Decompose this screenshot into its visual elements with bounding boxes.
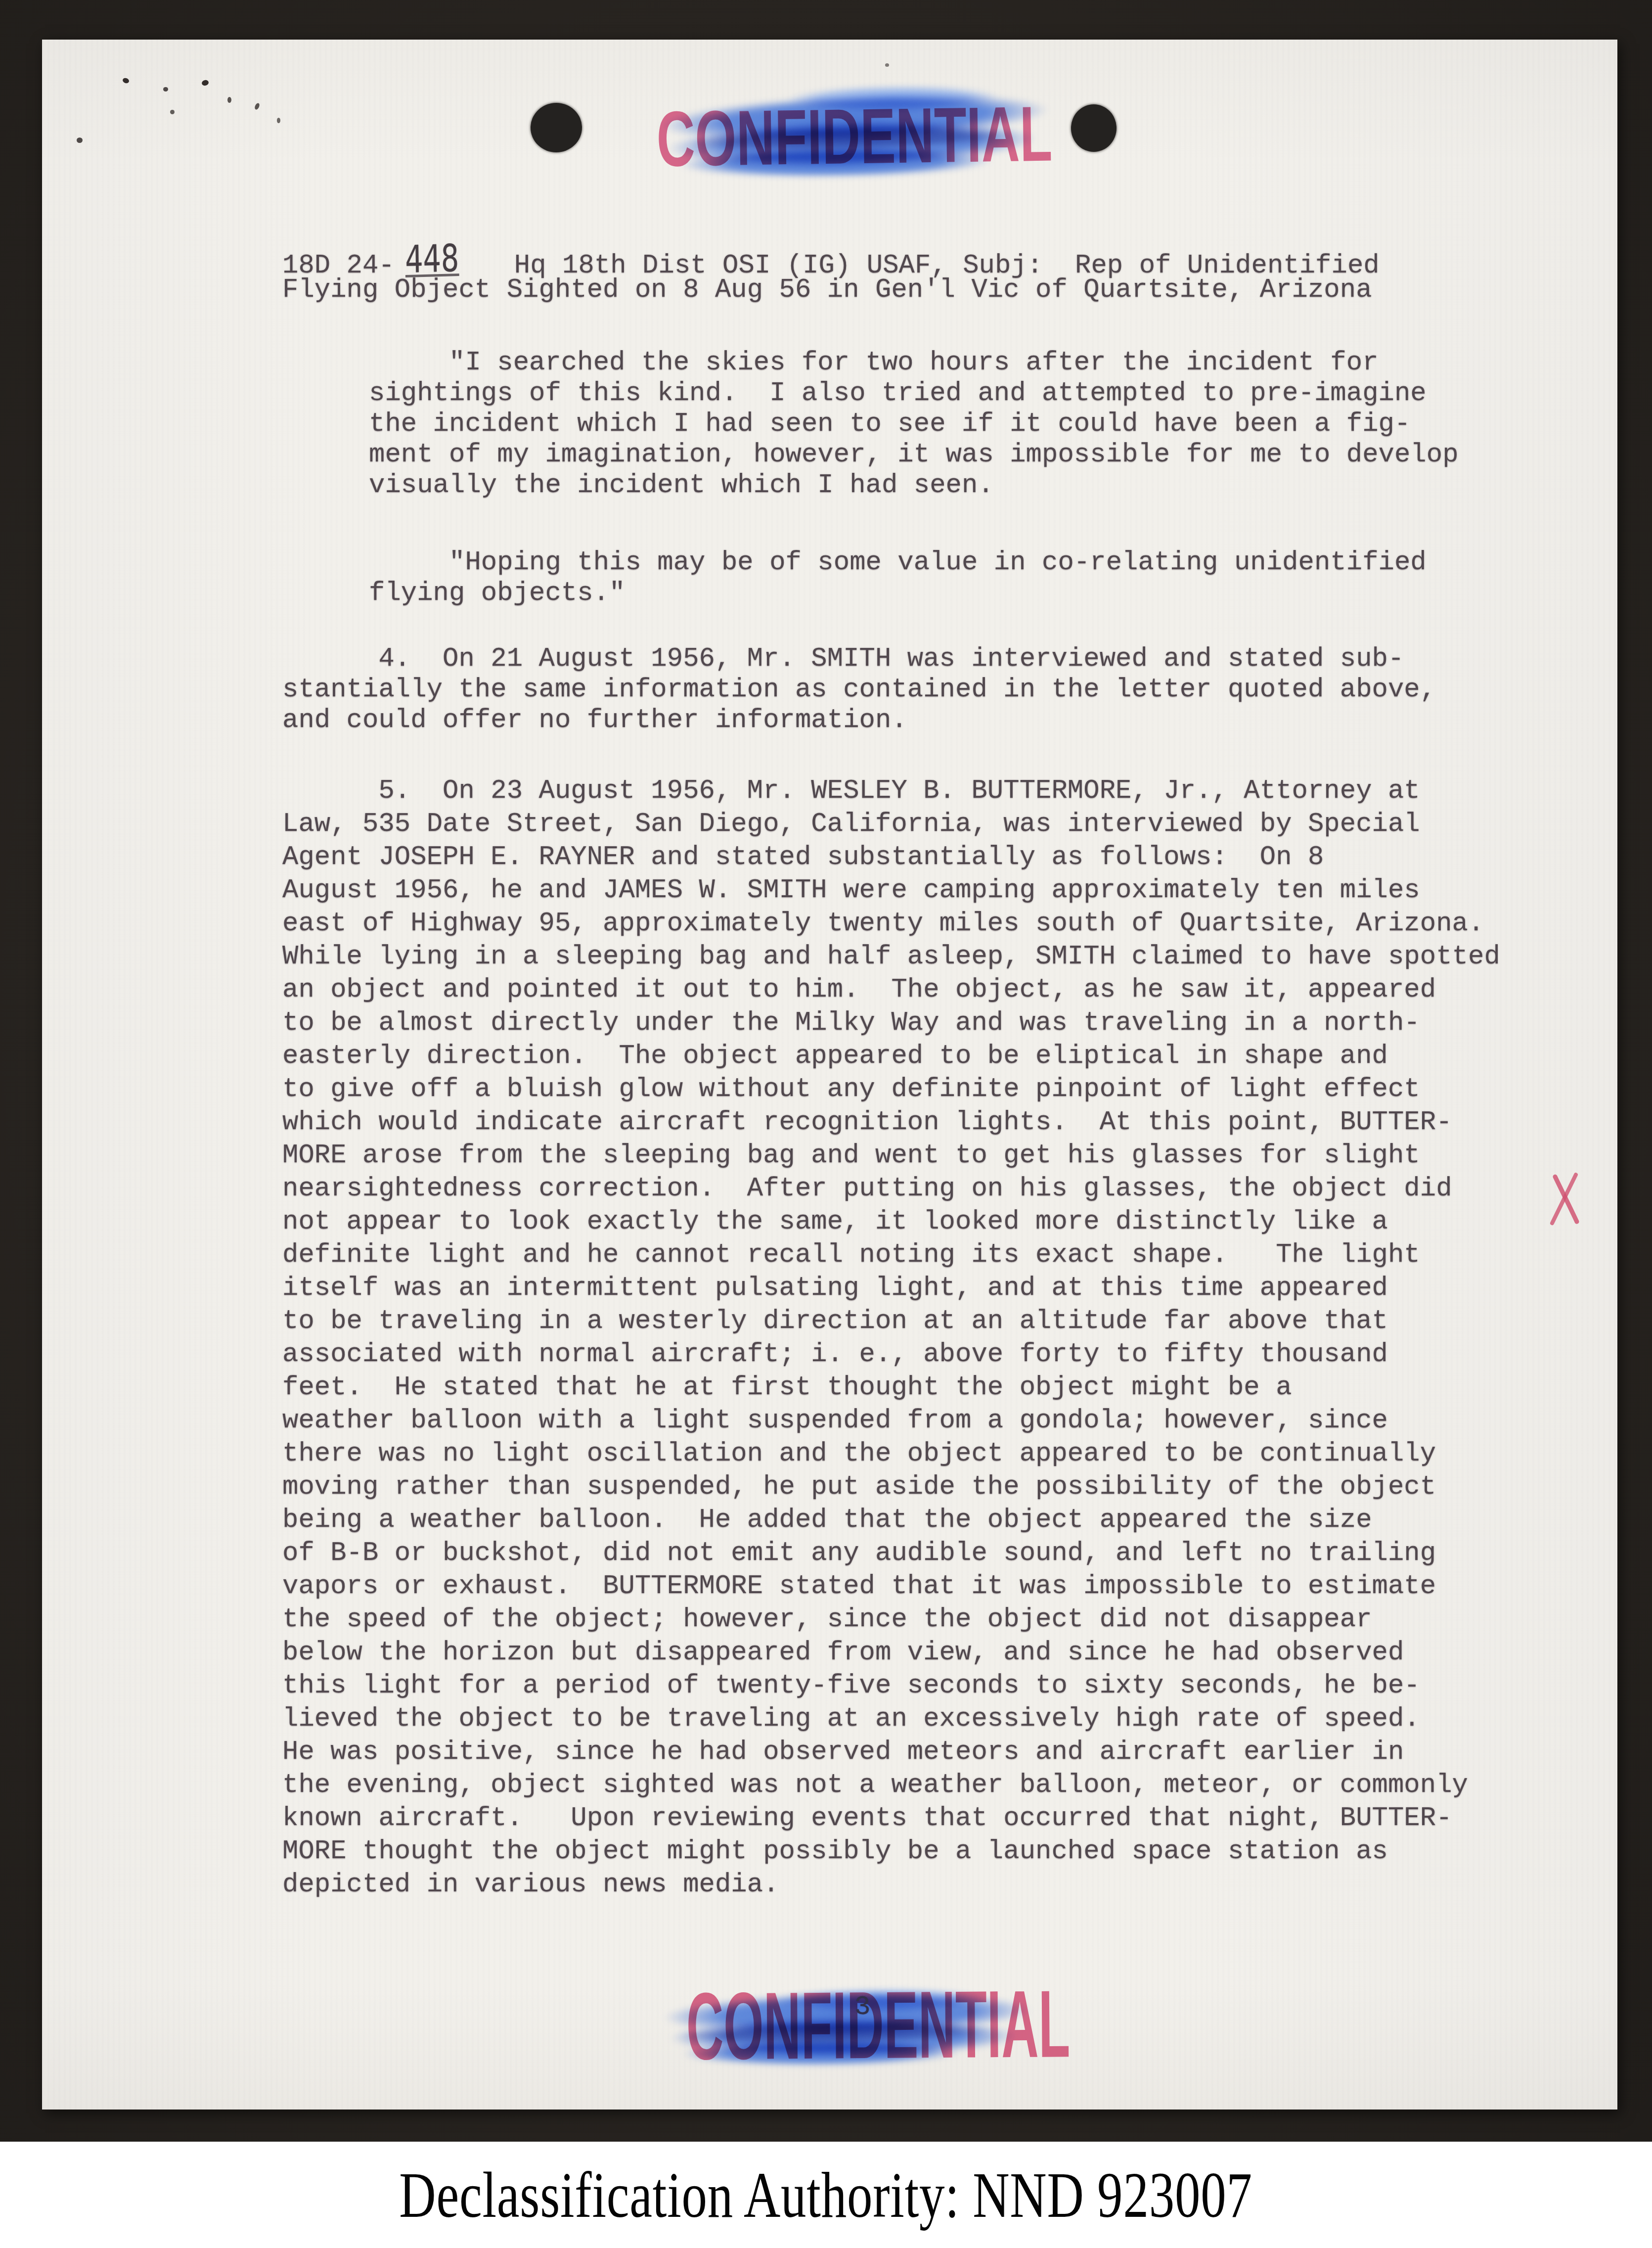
text-line: the incident which I had seen to see if … (369, 409, 1459, 440)
page-number: 3 (854, 1992, 870, 2023)
text-line: known aircraft. Upon reviewing events th… (282, 1802, 1500, 1835)
text-line: Law, 535 Date Street, San Diego, Califor… (282, 808, 1500, 841)
text-line: MORE arose from the sleeping bag and wen… (282, 1139, 1500, 1172)
text-line: He was positive, since he had observed m… (282, 1736, 1500, 1769)
text-line: to give off a bluish glow without any de… (282, 1073, 1500, 1106)
text-line: vapors or exhaust. BUTTERMORE stated tha… (282, 1570, 1500, 1603)
hole-punch-right (1071, 104, 1116, 152)
text-line: nearsightedness correction. After puttin… (282, 1172, 1500, 1205)
text-line: an object and pointed it out to him. The… (282, 973, 1500, 1007)
confidential-stamp-top: CONFIDENTIAL (653, 86, 1065, 193)
text-line: moving rather than suspended, he put asi… (282, 1470, 1500, 1504)
quoted-letter-paragraph-1: "I searched the skies for two hours afte… (369, 348, 1459, 501)
text-line: not appear to look exactly the same, it … (282, 1205, 1500, 1239)
text-line: While lying in a sleeping bag and half a… (282, 940, 1500, 973)
text-line: ment of my imagination, however, it was … (369, 440, 1459, 470)
text-line: of B-B or buckshot, did not emit any aud… (282, 1537, 1500, 1570)
text-line: being a weather balloon. He added that t… (282, 1504, 1500, 1537)
text-line: associated with normal aircraft; i. e., … (282, 1338, 1500, 1371)
text-line: there was no light oscillation and the o… (282, 1437, 1500, 1470)
text-line: which would indicate aircraft recognitio… (282, 1106, 1500, 1139)
text-line: Agent JOSEPH E. RAYNER and stated substa… (282, 841, 1500, 874)
text-line: stantially the same information as conta… (282, 675, 1436, 705)
paragraph-4: 4. On 21 August 1956, Mr. SMITH was inte… (282, 644, 1436, 736)
text-line: 4. On 21 August 1956, Mr. SMITH was inte… (282, 644, 1436, 675)
ink-speck (163, 87, 168, 92)
text-line: below the horizon but disappeared from v… (282, 1636, 1500, 1669)
text-line: 5. On 23 August 1956, Mr. WESLEY B. BUTT… (282, 775, 1500, 808)
text-line: lieved the object to be traveling at an … (282, 1702, 1500, 1736)
text-line: sightings of this kind. I also tried and… (369, 378, 1459, 409)
text-line: "Hoping this may be of some value in co-… (369, 548, 1427, 578)
text-line: to be traveling in a westerly direction … (282, 1305, 1500, 1338)
handwritten-ref-448: 448 (405, 243, 459, 277)
ink-speck (277, 118, 280, 123)
ink-speck (77, 138, 83, 143)
text-line: itself was an intermittent pulsating lig… (282, 1272, 1500, 1305)
declassification-band: Declassification Authority: NND 923007 (0, 2142, 1652, 2248)
confidential-stamp-bottom: CONFIDENTIAL (661, 1976, 1079, 2073)
declassification-authority-text: Declassification Authority: NND 923007 (400, 2157, 1252, 2233)
text-line: easterly direction. The object appeared … (282, 1040, 1500, 1073)
text-line: visually the incident which I had seen. (369, 470, 1459, 501)
text-line: August 1956, he and JAMES W. SMITH were … (282, 874, 1500, 907)
text-line: this light for a period of twenty-five s… (282, 1669, 1500, 1702)
text-line: the evening, object sighted was not a we… (282, 1769, 1500, 1802)
text-line: feet. He stated that he at first thought… (282, 1371, 1500, 1404)
text-line: definite light and he cannot recall noti… (282, 1239, 1500, 1272)
header-block: 18D 24-448Hq 18th Dist OSI (IG) USAF, Su… (282, 244, 1380, 306)
paragraph-5: 5. On 23 August 1956, Mr. WESLEY B. BUTT… (282, 775, 1500, 1901)
hole-punch-left (531, 103, 582, 152)
text-line: weather balloon with a light suspended f… (282, 1404, 1500, 1437)
text-line: the speed of the object; however, since … (282, 1603, 1500, 1636)
text-line: depicted in various news media. (282, 1868, 1500, 1901)
text-line: "I searched the skies for two hours afte… (369, 348, 1459, 378)
red-x-annotation (1549, 1172, 1581, 1226)
ink-speck (227, 97, 231, 103)
quoted-letter-paragraph-2: "Hoping this may be of some value in co-… (369, 548, 1427, 609)
text-line: and could offer no further information. (282, 705, 1436, 736)
ink-speck (885, 63, 889, 67)
header-line-1: 18D 24-448Hq 18th Dist OSI (IG) USAF, Su… (282, 244, 1380, 275)
text-line: east of Highway 95, approximately twenty… (282, 907, 1500, 940)
text-line: to be almost directly under the Milky Wa… (282, 1007, 1500, 1040)
text-line: flying objects." (369, 578, 1427, 609)
text-line: MORE thought the object might possibly b… (282, 1835, 1500, 1868)
ink-speck (170, 110, 175, 114)
